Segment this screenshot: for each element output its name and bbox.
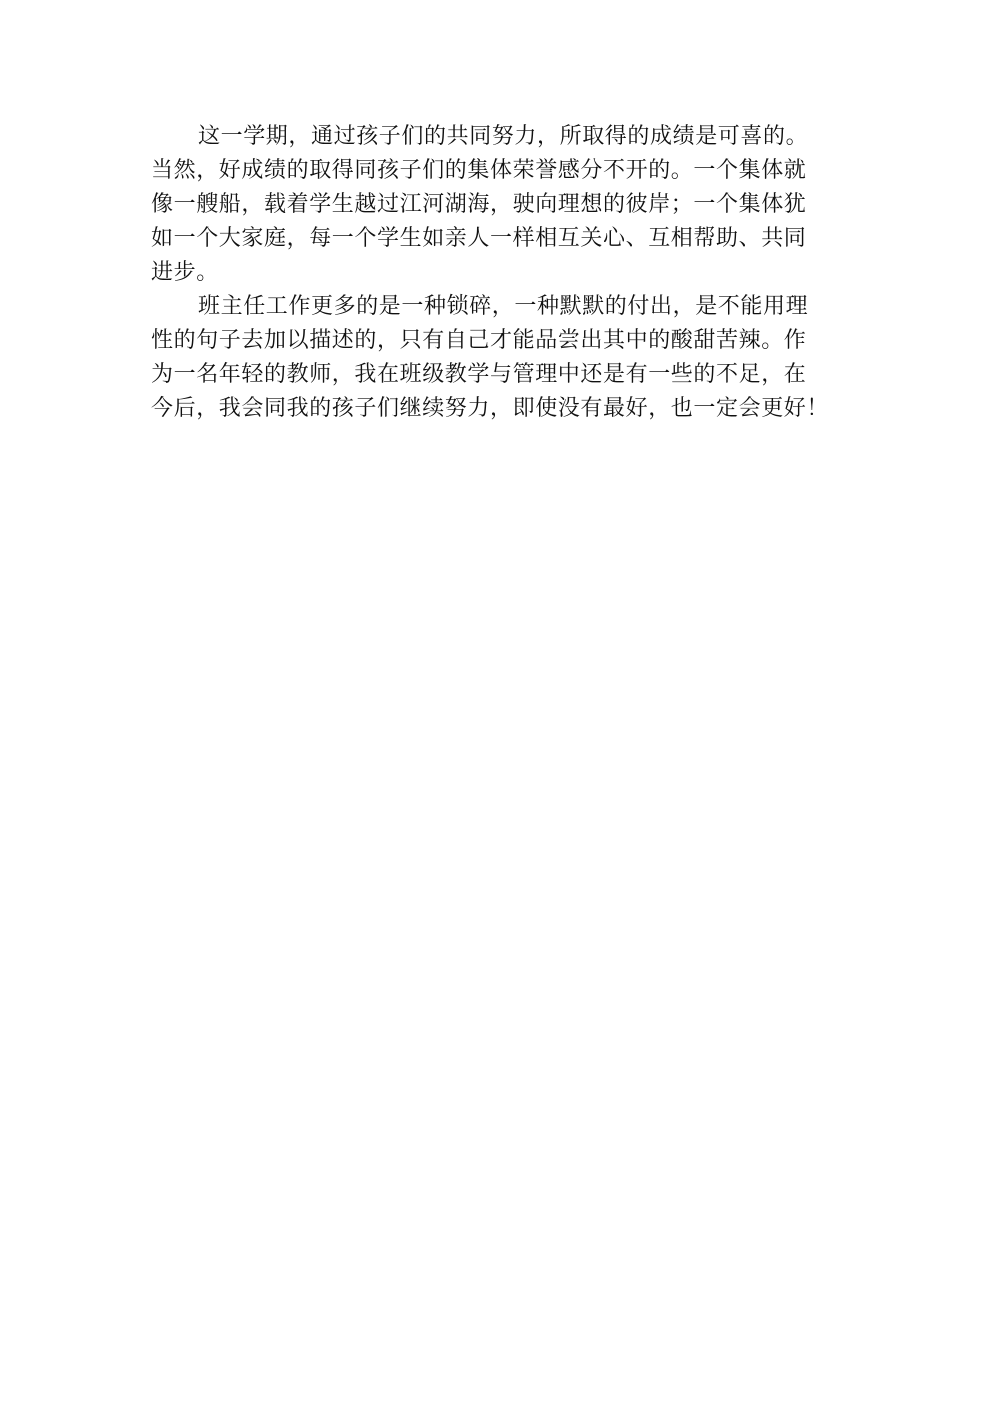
paragraph-line: 性的句子去加以描述的，只有自己才能品尝出其中的酸甜苦辣。作 <box>151 324 851 358</box>
paragraph-line: 这一学期，通过孩子们的共同努力，所取得的成绩是可喜的。 <box>151 120 851 154</box>
paragraph-1: 这一学期，通过孩子们的共同努力，所取得的成绩是可喜的。 当然，好成绩的取得同孩子… <box>151 120 851 290</box>
document-page: 这一学期，通过孩子们的共同努力，所取得的成绩是可喜的。 当然，好成绩的取得同孩子… <box>0 0 1000 1415</box>
document-body: 这一学期，通过孩子们的共同努力，所取得的成绩是可喜的。 当然，好成绩的取得同孩子… <box>151 120 851 426</box>
paragraph-line: 进步。 <box>151 256 851 290</box>
paragraph-2: 班主任工作更多的是一种锁碎，一种默默的付出，是不能用理 性的句子去加以描述的，只… <box>151 290 851 426</box>
paragraph-line: 今后，我会同我的孩子们继续努力，即使没有最好，也一定会更好！ <box>151 392 851 426</box>
paragraph-line: 像一艘船，载着学生越过江河湖海，驶向理想的彼岸；一个集体犹 <box>151 188 851 222</box>
paragraph-line: 当然，好成绩的取得同孩子们的集体荣誉感分不开的。一个集体就 <box>151 154 851 188</box>
paragraph-line: 如一个大家庭，每一个学生如亲人一样相互关心、互相帮助、共同 <box>151 222 851 256</box>
paragraph-line: 班主任工作更多的是一种锁碎，一种默默的付出，是不能用理 <box>151 290 851 324</box>
paragraph-line: 为一名年轻的教师，我在班级教学与管理中还是有一些的不足，在 <box>151 358 851 392</box>
